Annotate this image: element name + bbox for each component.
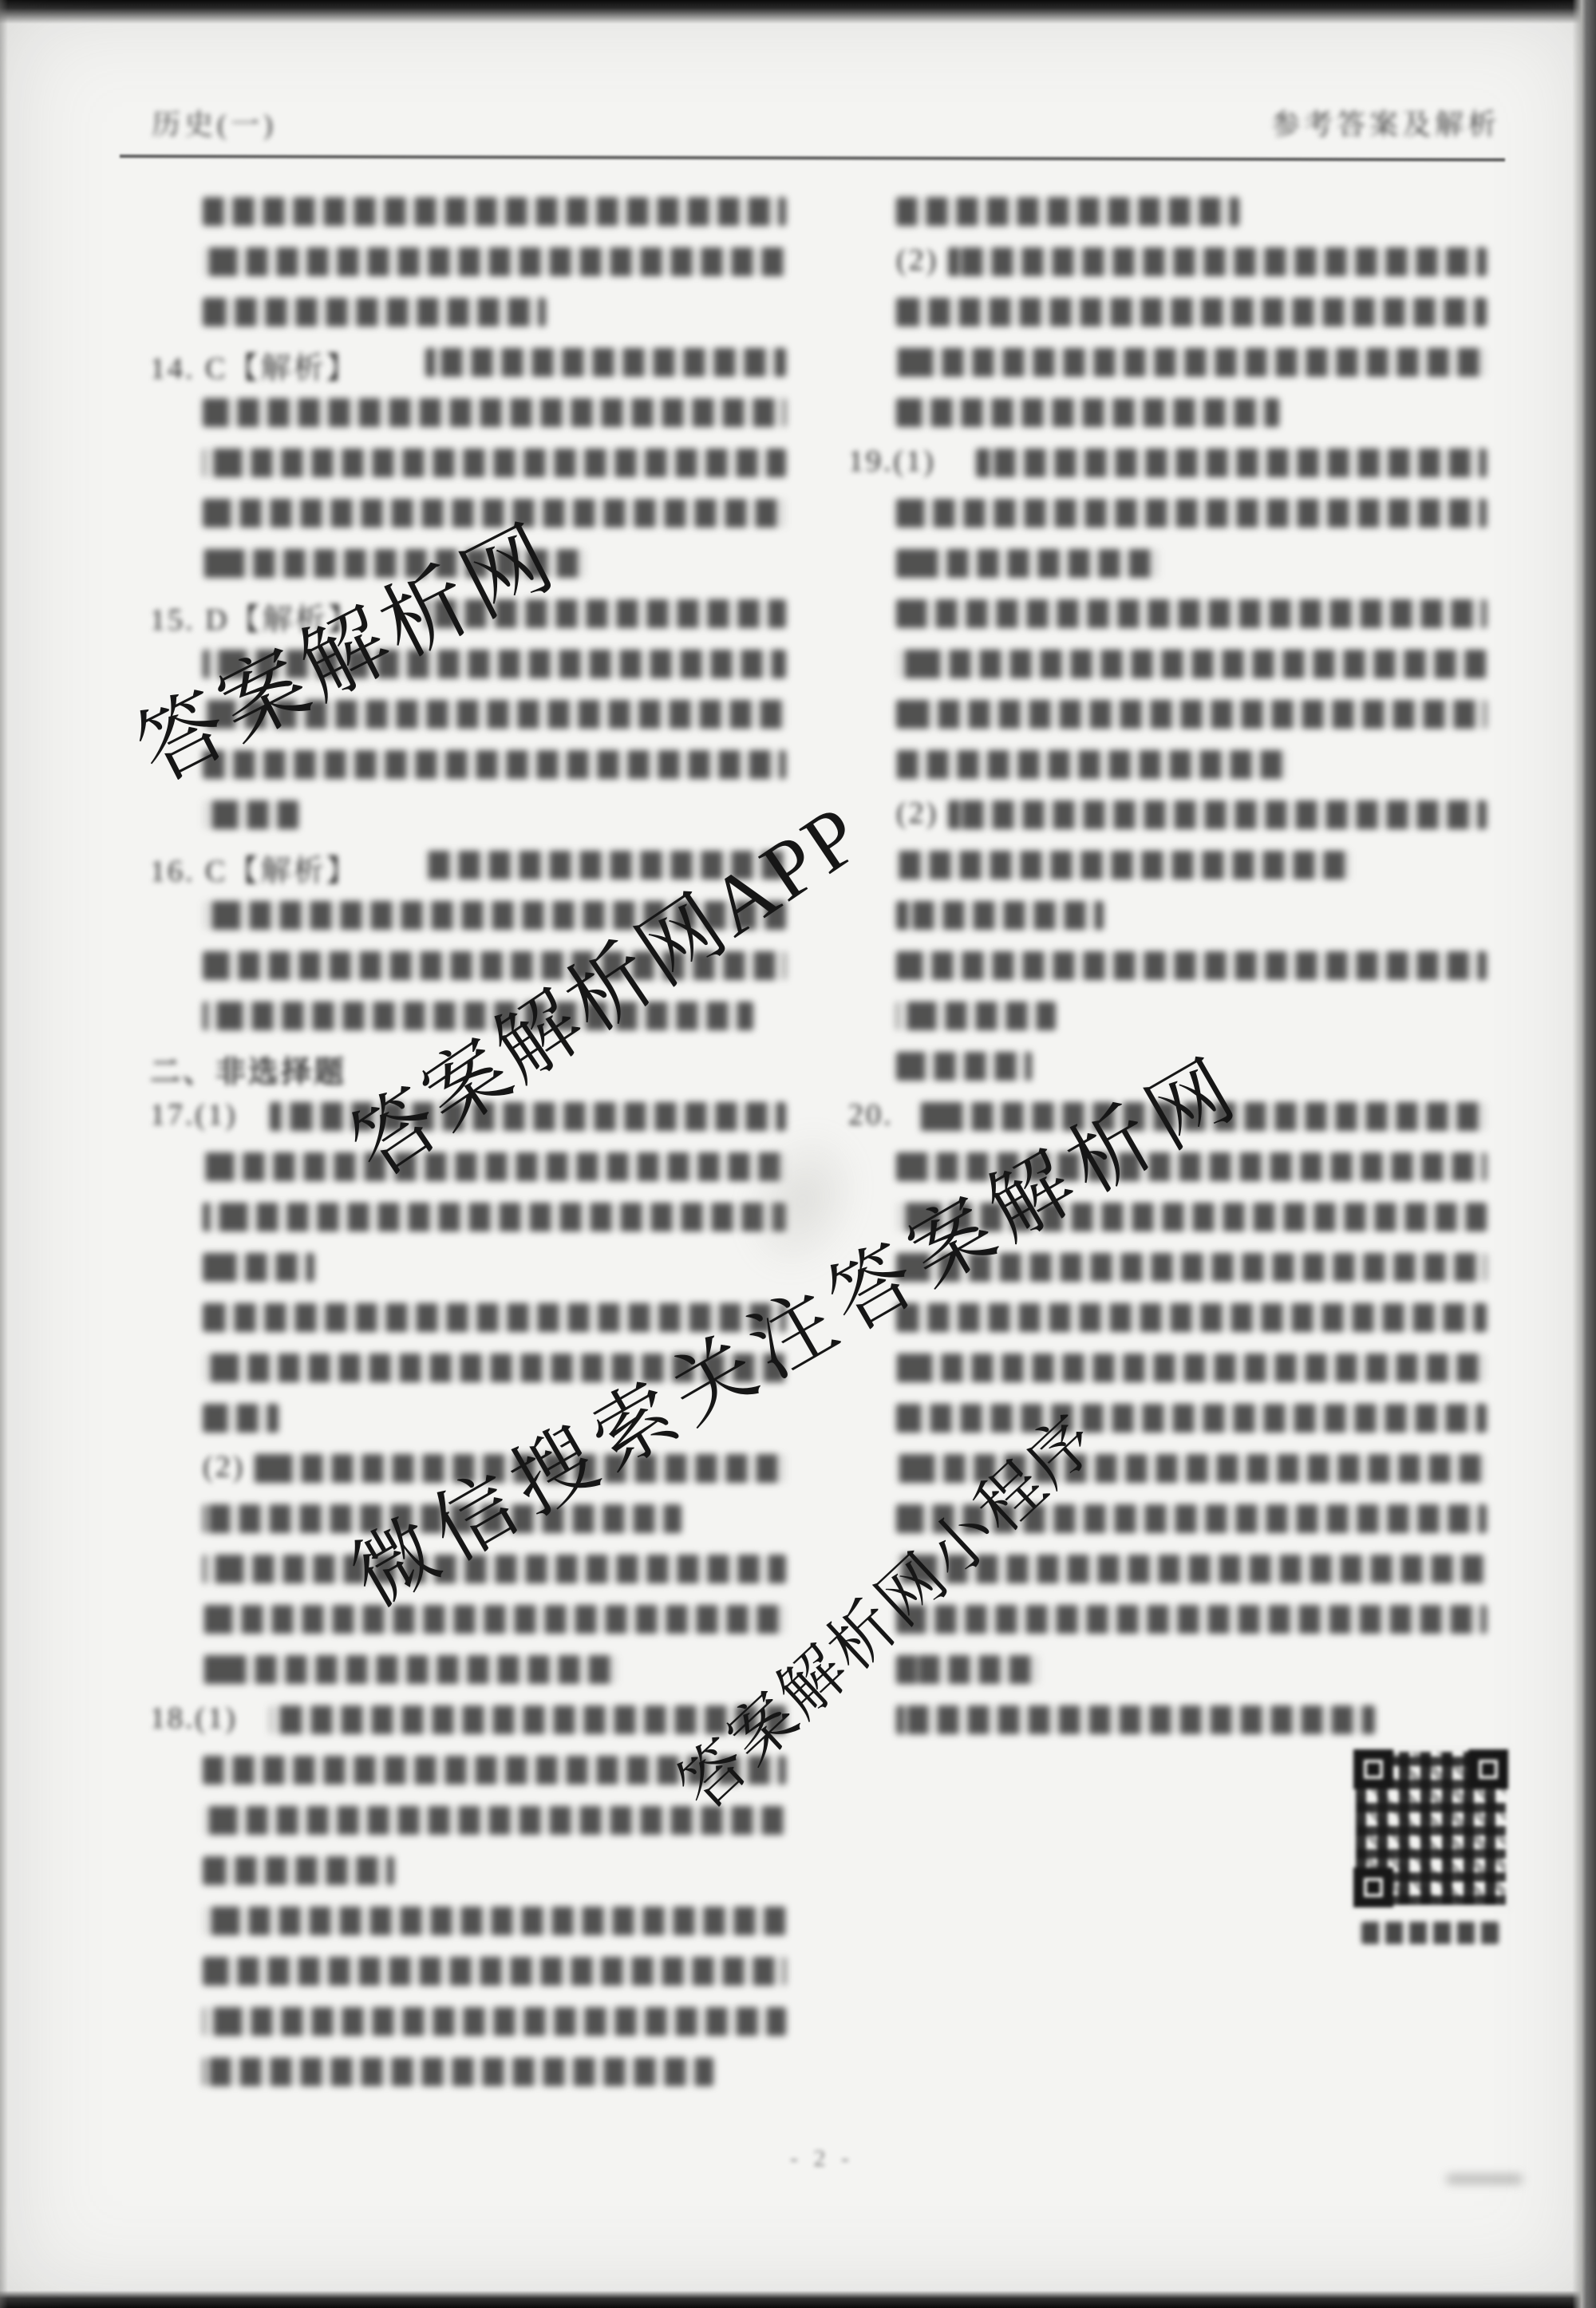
blurred-text-line	[896, 197, 1239, 226]
blurred-text-line	[896, 750, 1287, 779]
blurred-text-line	[425, 348, 786, 377]
blurred-text-line	[203, 1253, 314, 1282]
blurred-text-line	[203, 1404, 279, 1433]
blurred-text-line	[896, 1002, 1056, 1030]
blurred-text-line	[203, 1152, 786, 1181]
blurred-text-line	[203, 2057, 713, 2086]
scan-edge-bottom	[0, 2290, 1596, 2308]
blurred-text-line	[203, 800, 298, 829]
qr-finder-icon	[1353, 1749, 1393, 1789]
blurred-text-line	[948, 247, 1487, 276]
blurred-text-line	[203, 1203, 786, 1231]
blurred-text-line	[896, 499, 1487, 528]
item-label: 14. C【解析】	[150, 343, 358, 387]
blurred-text-line	[896, 599, 1487, 628]
blurred-text-line	[203, 1957, 786, 1986]
blurred-text-line	[896, 549, 1159, 578]
blurred-text-line	[896, 851, 1351, 879]
header-rule	[120, 155, 1505, 162]
item-label: (2)	[896, 243, 938, 278]
blurred-text-line	[203, 298, 546, 326]
qr-finder-icon	[1353, 1867, 1393, 1907]
item-label: 18.(1)	[150, 1701, 238, 1736]
item-label: (2)	[896, 796, 938, 831]
blurred-text-line	[203, 398, 786, 427]
blurred-text-line	[896, 700, 1487, 729]
blurred-text-line	[203, 1655, 618, 1684]
item-label: 19.(1)	[848, 444, 936, 479]
blurred-text-line	[203, 197, 786, 226]
section-heading: 二、非选择题	[150, 1047, 346, 1091]
blurred-text-line	[976, 449, 1487, 477]
scan-artifact	[1446, 2174, 1523, 2184]
blurred-text-line	[203, 1806, 786, 1835]
blurred-text-line	[896, 650, 1487, 678]
blurred-text-line	[203, 1605, 786, 1634]
blurred-text-line	[896, 348, 1487, 377]
blurred-text-line	[203, 247, 786, 276]
blurred-text-line	[896, 298, 1487, 326]
scan-edge-left	[0, 0, 8, 2308]
blurred-text-line	[896, 901, 1104, 930]
scan-edge-right	[1572, 0, 1596, 2308]
header-answers-title: 参考答案及解析	[1271, 102, 1500, 143]
item-label: (2)	[203, 1449, 245, 1484]
scanned-answer-page: 历史(一) 参考答案及解析 14. C【解析】15. D【解析】16. C【解析…	[0, 0, 1596, 2308]
blurred-text-line	[203, 1907, 786, 1935]
blurred-text-line	[896, 1705, 1375, 1734]
header-subject-title: 历史(一)	[152, 102, 277, 143]
blurred-text-line	[203, 449, 786, 477]
qr-caption-blurred-text	[1361, 1922, 1499, 1944]
blurred-text-line	[896, 1303, 1487, 1332]
item-label: 16. C【解析】	[150, 846, 358, 890]
item-label: 17.(1)	[150, 1097, 238, 1132]
blurred-text-line	[896, 1404, 1487, 1433]
blurred-text-line	[203, 1856, 394, 1885]
blurred-text-line	[203, 2007, 786, 2036]
blurred-text-line	[203, 750, 786, 779]
page-number: - 2 -	[790, 2145, 854, 2172]
blurred-text-line	[896, 951, 1487, 980]
qr-finder-icon	[1468, 1749, 1508, 1789]
blurred-text-line	[896, 398, 1279, 427]
blurred-text-line	[896, 1655, 1040, 1684]
blurred-text-line	[896, 1052, 1032, 1081]
qr-code	[1350, 1746, 1511, 1911]
scan-edge-top	[0, 0, 1596, 24]
blurred-text-line	[948, 800, 1487, 829]
blurred-text-line	[896, 1605, 1487, 1634]
blurred-text-line	[896, 1354, 1487, 1382]
